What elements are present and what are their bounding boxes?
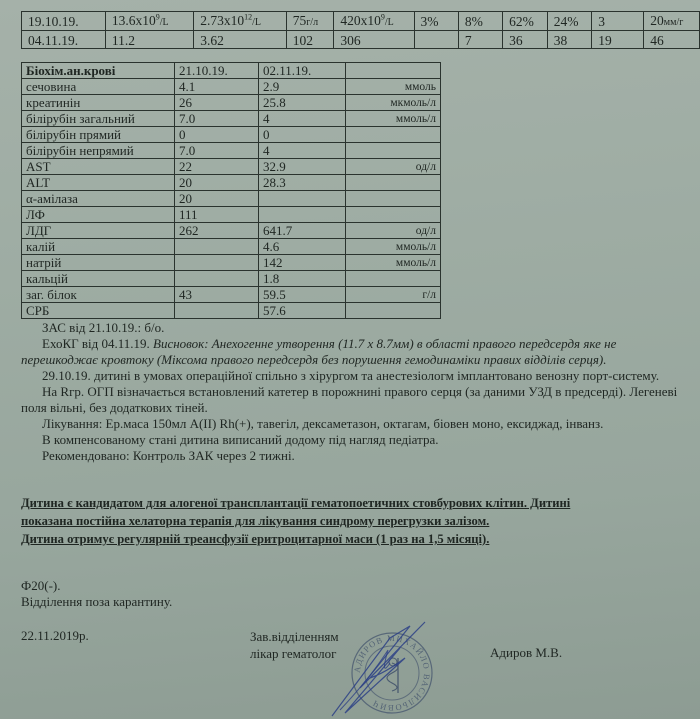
- table-header-row: Біохім.ан.крові 21.10.19. 02.11.19.: [22, 63, 441, 79]
- biochem-value-date2: 2.9: [259, 79, 346, 95]
- conclusion-block: Дитина є кандидатом для алогеної транспл…: [21, 494, 681, 548]
- cbc-c6: 7: [458, 31, 502, 49]
- cbc-c9: 3: [592, 12, 644, 31]
- zas-line: ЗАС від 21.10.19.: б/о.: [21, 320, 681, 336]
- cbc-c7: 36: [503, 31, 548, 49]
- footer-notes: Ф20(-). Відділення поза карантину.: [21, 578, 681, 610]
- cbc-c9: 19: [592, 31, 644, 49]
- biochem-value-date1: [175, 303, 259, 319]
- table-row: 19.10.19. 13.6x109/L 2.73x1012/L 75г/л 4…: [22, 12, 700, 31]
- biochem-value-date1: 20: [175, 175, 259, 191]
- biochem-value-date1: 26: [175, 95, 259, 111]
- cbc-hb: 75г/л: [286, 12, 334, 31]
- cbc-rbc: 3.62: [194, 31, 286, 49]
- echo-paragraph: ЕхоКГ від 04.11.19. Висновок: Анехогенне…: [21, 336, 681, 368]
- biochem-value-date1: 262: [175, 223, 259, 239]
- table-row: 04.11.19. 11.2 3.62 102 306 7 36 38 19 4…: [22, 31, 700, 49]
- biochem-unit: ммоль/л: [346, 111, 441, 127]
- table-row: калій4.6ммоль/л: [22, 239, 441, 255]
- cbc-plt: 420x109/L: [334, 12, 414, 31]
- table-row: білірубін непрямий7.04: [22, 143, 441, 159]
- cbc-rbc: 2.73x1012/L: [194, 12, 286, 31]
- table-row: СРБ57.6: [22, 303, 441, 319]
- biochem-value-date1: 7.0: [175, 111, 259, 127]
- xray-paragraph: На Rгр. ОГП візначається встановлений ка…: [21, 384, 681, 416]
- biochem-unit: ммоль/л: [346, 239, 441, 255]
- signature-position: Зав.відділенням лікар гематолог: [250, 628, 339, 662]
- table-row: ALT2028.3: [22, 175, 441, 191]
- port-paragraph: 29.10.19. дитині в умовах операційної сп…: [21, 368, 681, 384]
- biochem-unit: [346, 143, 441, 159]
- biochem-parameter: креатинін: [22, 95, 175, 111]
- cbc-plt: 306: [334, 31, 414, 49]
- cbc-esr: 20мм/г: [644, 12, 700, 31]
- biochem-value-date2: 57.6: [259, 303, 346, 319]
- table-row: сечовина4.12.9ммоль: [22, 79, 441, 95]
- biochem-value-date1: 22: [175, 159, 259, 175]
- biochem-value-date2: 1.8: [259, 271, 346, 287]
- biochem-unit: [346, 127, 441, 143]
- biochem-value-date1: 7.0: [175, 143, 259, 159]
- biochem-value-date1: 111: [175, 207, 259, 223]
- cbc-wbc: 11.2: [105, 31, 193, 49]
- biochem-value-date2: 4.6: [259, 239, 346, 255]
- biochem-unit: [346, 303, 441, 319]
- biochem-parameter: ALT: [22, 175, 175, 191]
- discharge-paragraph: В компенсованому стані дитина виписаний …: [21, 432, 681, 448]
- conclusion-line: Дитина є кандидатом для алогеної транспл…: [21, 494, 681, 512]
- biochem-parameter: калій: [22, 239, 175, 255]
- biochem-value-date1: [175, 271, 259, 287]
- biochem-table: Біохім.ан.крові 21.10.19. 02.11.19. сечо…: [21, 62, 441, 319]
- biochem-parameter: білірубін непрямий: [22, 143, 175, 159]
- conclusion-line: Дитина отримує регулярній треансфузії ер…: [21, 530, 681, 548]
- biochem-value-date2: 142: [259, 255, 346, 271]
- cbc-date: 19.10.19.: [22, 12, 106, 31]
- biochem-unit: ммоль: [346, 79, 441, 95]
- biochem-parameter: СРБ: [22, 303, 175, 319]
- biochem-parameter: α-амілаза: [22, 191, 175, 207]
- biochem-parameter: ЛФ: [22, 207, 175, 223]
- biochem-value-date2: 32.9: [259, 159, 346, 175]
- biochem-value-date2: [259, 207, 346, 223]
- biochem-parameter: AST: [22, 159, 175, 175]
- cbc-c8: 24%: [547, 12, 592, 31]
- doctor-name: Адиров М.В.: [490, 645, 562, 661]
- recommendation-paragraph: Рекомендовано: Контроль ЗАК через 2 тижн…: [21, 448, 681, 464]
- biochem-value-date2: 641.7: [259, 223, 346, 239]
- biochem-value-date1: 4.1: [175, 79, 259, 95]
- cbc-wbc: 13.6x109/L: [105, 12, 193, 31]
- table-row: ЛДГ262641.7од/л: [22, 223, 441, 239]
- biochem-parameter: ЛДГ: [22, 223, 175, 239]
- position-line: лікар гематолог: [250, 645, 339, 662]
- table-row: натрій142ммоль/л: [22, 255, 441, 271]
- cbc-esr: 46: [644, 31, 700, 49]
- biochem-value-date2: 59.5: [259, 287, 346, 303]
- cbc-c6: 8%: [458, 12, 502, 31]
- cbc-c7: 62%: [503, 12, 548, 31]
- table-row: AST2232.9од/л: [22, 159, 441, 175]
- biochem-value-date2: 4: [259, 143, 346, 159]
- conclusion-line: показана постійна хелаторна терапія для …: [21, 512, 681, 530]
- medical-document-page: 19.10.19. 13.6x109/L 2.73x1012/L 75г/л 4…: [0, 0, 700, 719]
- biochem-parameter: заг. білок: [22, 287, 175, 303]
- biochem-value-date1: [175, 239, 259, 255]
- biochem-unit: г/л: [346, 287, 441, 303]
- document-date: 22.11.2019р.: [21, 628, 89, 644]
- table-row: креатинін2625.8мкмоль/л: [22, 95, 441, 111]
- biochem-unit: од/л: [346, 223, 441, 239]
- table-row: α-амілаза20: [22, 191, 441, 207]
- biochem-unit: ммоль/л: [346, 255, 441, 271]
- biochem-unit: [346, 191, 441, 207]
- biochem-parameter: кальцій: [22, 271, 175, 287]
- biochem-value-date1: 43: [175, 287, 259, 303]
- biochem-value-date2: 25.8: [259, 95, 346, 111]
- cbc-table: 19.10.19. 13.6x109/L 2.73x1012/L 75г/л 4…: [21, 11, 700, 49]
- biochem-value-date2: 28.3: [259, 175, 346, 191]
- biochem-header-date1: 21.10.19.: [175, 63, 259, 79]
- table-row: білірубін загальний7.04ммоль/л: [22, 111, 441, 127]
- biochem-unit: [346, 271, 441, 287]
- table-row: заг. білок4359.5г/л: [22, 287, 441, 303]
- doctor-stamp-icon: АДИРОВ МИХАЙЛО ВАСИЛЬОВИЧ: [330, 618, 440, 718]
- treatment-paragraph: Лікування: Ер.маса 150мл A(II) Rh(+), та…: [21, 416, 681, 432]
- biochem-unit: од/л: [346, 159, 441, 175]
- table-row: білірубін прямий00: [22, 127, 441, 143]
- quarantine-line: Відділення поза карантину.: [21, 594, 681, 610]
- position-line: Зав.відділенням: [250, 628, 339, 645]
- biochem-value-date1: 20: [175, 191, 259, 207]
- cbc-date: 04.11.19.: [22, 31, 106, 49]
- biochem-parameter: білірубін прямий: [22, 127, 175, 143]
- biochem-value-date1: 0: [175, 127, 259, 143]
- biochem-value-date2: 4: [259, 111, 346, 127]
- f20-line: Ф20(-).: [21, 578, 681, 594]
- cbc-c5: 3%: [414, 12, 458, 31]
- biochem-parameter: сечовина: [22, 79, 175, 95]
- cbc-c5: [414, 31, 458, 49]
- biochem-value-date2: 0: [259, 127, 346, 143]
- biochem-value-date2: [259, 191, 346, 207]
- report-body: ЗАС від 21.10.19.: б/о. ЕхоКГ від 04.11.…: [21, 320, 681, 464]
- biochem-parameter: натрій: [22, 255, 175, 271]
- table-row: кальцій1.8: [22, 271, 441, 287]
- biochem-unit: [346, 175, 441, 191]
- biochem-header-date2: 02.11.19.: [259, 63, 346, 79]
- biochem-unit: мкмоль/л: [346, 95, 441, 111]
- biochem-unit: [346, 207, 441, 223]
- biochem-header-unit: [346, 63, 441, 79]
- cbc-c8: 38: [547, 31, 592, 49]
- cbc-hb: 102: [286, 31, 334, 49]
- table-row: ЛФ111: [22, 207, 441, 223]
- biochem-value-date1: [175, 255, 259, 271]
- biochem-parameter: білірубін загальний: [22, 111, 175, 127]
- biochem-header-title: Біохім.ан.крові: [22, 63, 175, 79]
